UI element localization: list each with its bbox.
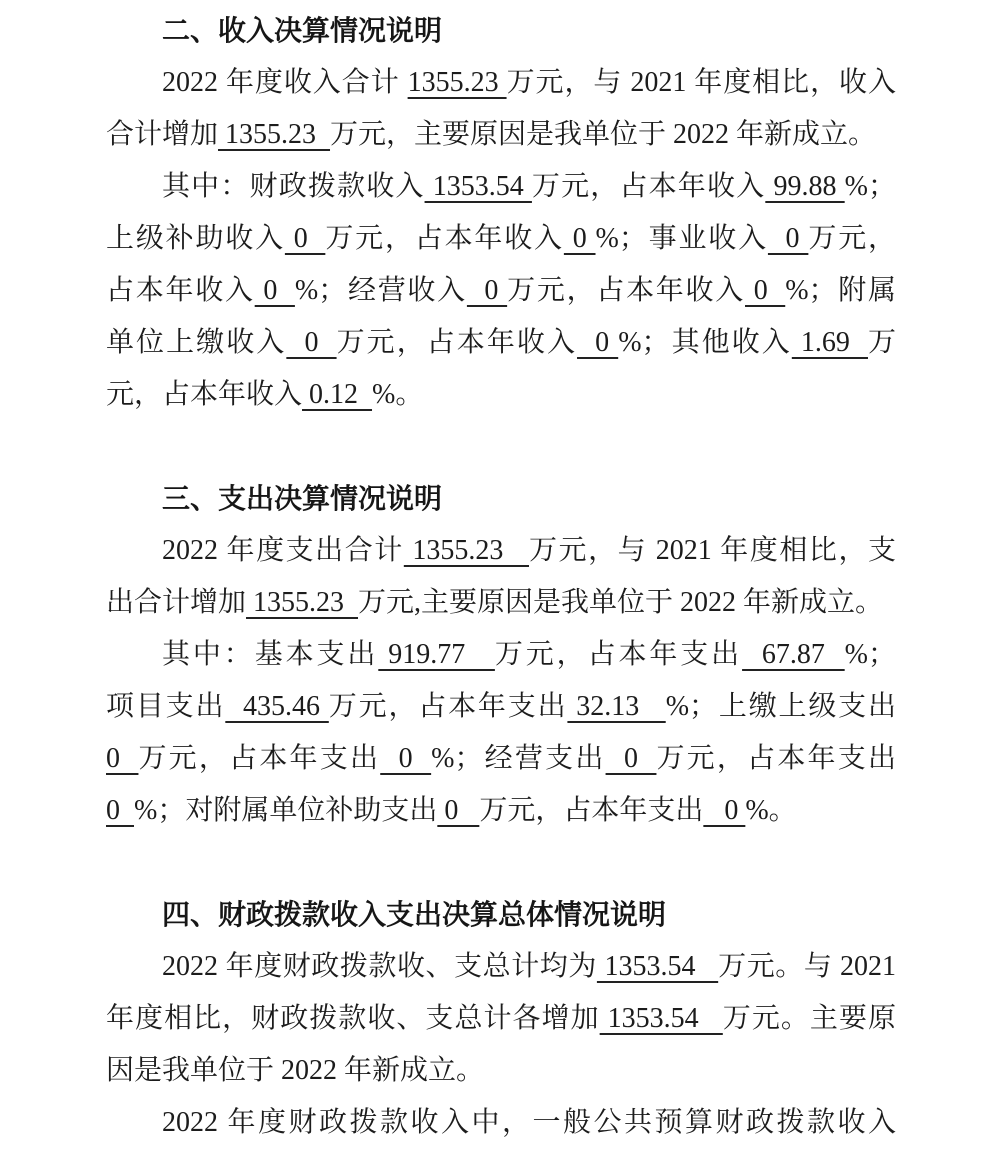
text-line: 2022 年度收入合计 1355.23 万元，与 2021 年度相比，收入 <box>106 57 896 109</box>
text-run: 2022 年度支出合计 <box>162 535 404 566</box>
document-page: 二、收入决算情况说明2022 年度收入合计 1355.23 万元，与 2021 … <box>0 0 1000 1169</box>
underlined-value: 67.87 <box>742 639 845 670</box>
underlined-value: 0 <box>703 795 745 826</box>
text-run: %；上缴上级支出 <box>666 691 896 722</box>
text-run: %。 <box>372 379 423 410</box>
underlined-value: 1355.23 <box>218 119 330 150</box>
section-heading: 三、支出决算情况说明 <box>106 473 896 525</box>
underlined-value: 435.46 <box>225 691 328 722</box>
text-run: 因是我单位于 2022 年新成立。 <box>106 1055 484 1086</box>
text-run: %；对附属单位补助支出 <box>134 795 437 826</box>
text-run: 出合计增加 <box>106 587 246 618</box>
underlined-value: 0 <box>285 223 325 254</box>
text-run: 万元，占本年支出 <box>138 743 380 774</box>
text-run: 万元， <box>808 223 896 254</box>
text-run: 万元，占本年支出 <box>479 795 703 826</box>
text-run: 万元，占本年支出 <box>656 743 896 774</box>
text-line: 年度相比，财政拨款收、支总计各增加 1353.54 万元。主要原 <box>106 993 896 1045</box>
text-run: %； <box>845 639 896 670</box>
text-line: 其中：财政拨款收入 1353.54 万元，占本年收入 99.88 %； <box>106 161 896 213</box>
section: 四、财政拨款收入支出决算总体情况说明2022 年度财政拨款收、支总计均为 135… <box>106 889 896 1149</box>
text-line: 元，占本年收入 0.12 %。 <box>106 369 896 421</box>
underlined-value: 1353.54 <box>425 171 532 202</box>
underlined-value: 1355.23 <box>408 67 507 98</box>
text-run: 万元，与 2021 年度相比，收入 <box>507 67 896 98</box>
section: 二、收入决算情况说明2022 年度收入合计 1355.23 万元，与 2021 … <box>106 5 896 421</box>
text-run: 万元，主要原因是我单位于 2022 年新成立。 <box>330 119 876 150</box>
underlined-value: 0 <box>380 743 431 774</box>
text-run: 万元，占本年收入 <box>325 223 564 254</box>
underlined-value: 0 <box>255 275 295 306</box>
underlined-value: 0 <box>564 223 596 254</box>
text-run: %；其他收入 <box>618 327 792 358</box>
text-run: 万元。与 2021 <box>718 951 896 982</box>
text-run: 单位上缴收入 <box>106 327 286 358</box>
paragraph: 2022 年度财政拨款收入中，一般公共预算财政拨款收入 <box>106 1097 896 1149</box>
text-run: 2022 年度财政拨款收入中，一般公共预算财政拨款收入 <box>162 1107 896 1138</box>
text-line: 0 万元，占本年支出 0 %；经营支出 0 万元，占本年支出 <box>106 733 896 785</box>
underlined-value: 0 <box>606 743 657 774</box>
text-line: 2022 年度财政拨款收入中，一般公共预算财政拨款收入 <box>106 1097 896 1149</box>
paragraph: 2022 年度财政拨款收、支总计均为 1353.54 万元。与 2021年度相比… <box>106 941 896 1097</box>
text-run: 项目支出 <box>106 691 225 722</box>
text-run: 万元，占本年收入 <box>507 275 745 306</box>
text-run: 其中：财政拨款收入 <box>162 171 425 202</box>
underlined-value: 1353.54 <box>597 951 718 982</box>
underlined-value: 1355.23 <box>246 587 358 618</box>
section-heading: 二、收入决算情况说明 <box>106 5 896 57</box>
underlined-value: 1355.23 <box>404 535 529 566</box>
text-run: 万 <box>868 327 896 358</box>
text-run: 万元，占本年收入 <box>337 327 577 358</box>
text-run: 万元，占本年收入 <box>532 171 765 202</box>
text-run: 万元，占本年支出 <box>329 691 568 722</box>
underlined-value: 0 <box>286 327 336 358</box>
underlined-value: 0 <box>577 327 618 358</box>
underlined-value: 0 <box>768 223 808 254</box>
text-line: 因是我单位于 2022 年新成立。 <box>106 1045 896 1097</box>
text-run: 占本年收入 <box>106 275 255 306</box>
text-line: 0 %；对附属单位补助支出 0 万元，占本年支出 0 %。 <box>106 785 896 837</box>
paragraph: 其中：财政拨款收入 1353.54 万元，占本年收入 99.88 %；上级补助收… <box>106 161 896 421</box>
text-run: 万元,主要原因是我单位于 2022 年新成立。 <box>358 587 883 618</box>
text-line: 单位上缴收入 0 万元，占本年收入 0 %；其他收入 1.69 万 <box>106 317 896 369</box>
text-line: 合计增加 1355.23 万元，主要原因是我单位于 2022 年新成立。 <box>106 109 896 161</box>
text-line: 2022 年度财政拨款收、支总计均为 1353.54 万元。与 2021 <box>106 941 896 993</box>
text-run: 2022 年度收入合计 <box>162 67 408 98</box>
text-run: 上级补助收入 <box>106 223 285 254</box>
text-run: 万元。主要原 <box>723 1003 896 1034</box>
underlined-value: 1353.54 <box>600 1003 723 1034</box>
text-run: 合计增加 <box>106 119 218 150</box>
underlined-value: 0 <box>106 795 134 826</box>
text-run: %；经营收入 <box>295 275 467 306</box>
text-run: 元，占本年收入 <box>106 379 302 410</box>
section-heading: 四、财政拨款收入支出决算总体情况说明 <box>106 889 896 941</box>
text-run: 其中：基本支出 <box>162 639 378 670</box>
underlined-value: 99.88 <box>765 171 844 202</box>
text-run: %；事业收入 <box>596 223 768 254</box>
text-line: 上级补助收入 0 万元，占本年收入 0 %；事业收入 0 万元， <box>106 213 896 265</box>
text-run: 年度相比，财政拨款收、支总计各增加 <box>106 1003 600 1034</box>
text-run: 2022 年度财政拨款收、支总计均为 <box>162 951 597 982</box>
text-line: 2022 年度支出合计 1355.23 万元，与 2021 年度相比，支 <box>106 525 896 577</box>
section: 三、支出决算情况说明2022 年度支出合计 1355.23 万元，与 2021 … <box>106 473 896 837</box>
paragraph: 2022 年度收入合计 1355.23 万元，与 2021 年度相比，收入合计增… <box>106 57 896 161</box>
underlined-value: 919.77 <box>378 639 495 670</box>
text-run: %；经营支出 <box>431 743 605 774</box>
underlined-value: 32.13 <box>567 691 665 722</box>
paragraph: 其中：基本支出 919.77 万元，占本年支出 67.87 %；项目支出 435… <box>106 629 896 837</box>
text-line: 项目支出 435.46 万元，占本年支出 32.13 %；上缴上级支出 <box>106 681 896 733</box>
text-run: 万元，与 2021 年度相比，支 <box>529 535 896 566</box>
underlined-value: 0 <box>745 275 785 306</box>
text-line: 出合计增加 1355.23 万元,主要原因是我单位于 2022 年新成立。 <box>106 577 896 629</box>
text-line: 占本年收入 0 %；经营收入 0 万元，占本年收入 0 %；附属 <box>106 265 896 317</box>
text-run: 万元，占本年支出 <box>495 639 742 670</box>
document-body: 二、收入决算情况说明2022 年度收入合计 1355.23 万元，与 2021 … <box>106 5 896 1149</box>
underlined-value: 0 <box>437 795 479 826</box>
text-run: %；附属 <box>785 275 896 306</box>
underlined-value: 0.12 <box>302 379 372 410</box>
underlined-value: 1.69 <box>792 327 868 358</box>
text-run: %； <box>845 171 896 202</box>
text-line: 其中：基本支出 919.77 万元，占本年支出 67.87 %； <box>106 629 896 681</box>
paragraph: 2022 年度支出合计 1355.23 万元，与 2021 年度相比，支出合计增… <box>106 525 896 629</box>
underlined-value: 0 <box>106 743 138 774</box>
text-run: %。 <box>745 795 796 826</box>
underlined-value: 0 <box>467 275 507 306</box>
